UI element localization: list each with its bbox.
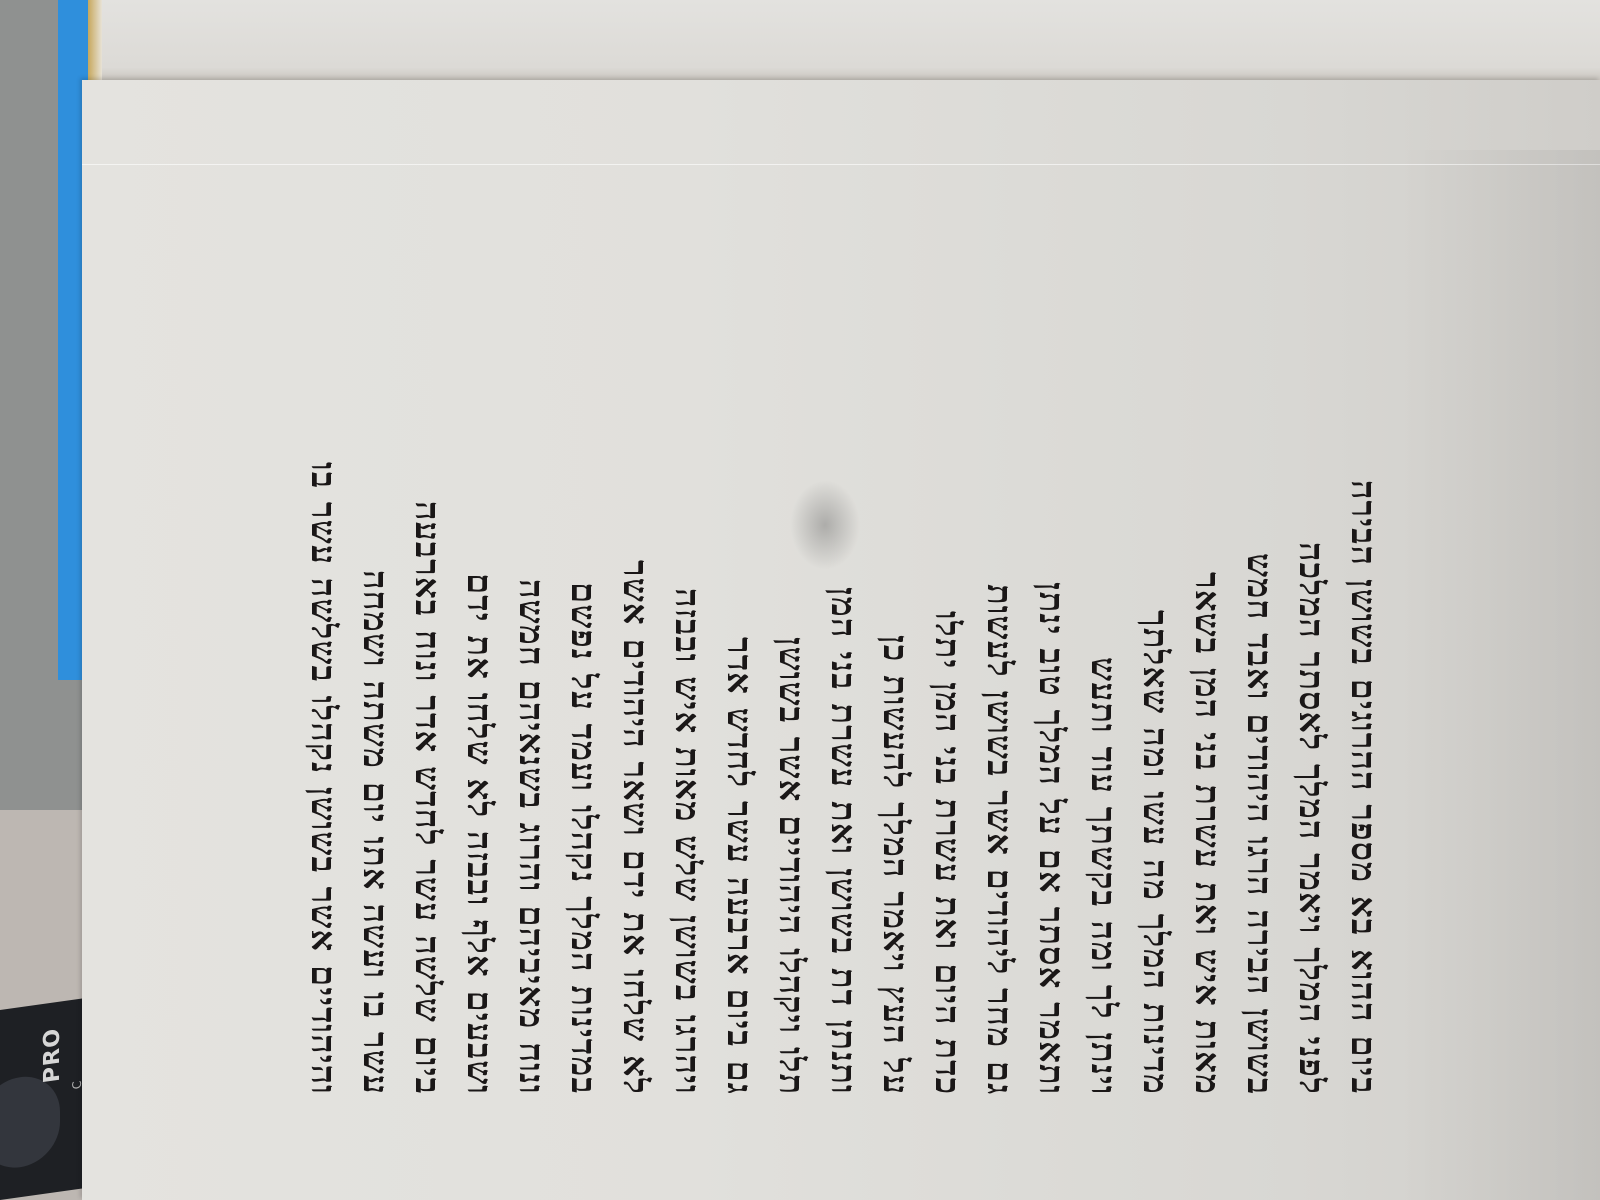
scroll-line: מאות איש ואת עשרת בני המן בשאר bbox=[1182, 145, 1232, 1095]
scroll-line: ותאמר אסתר אם על המלך טוב ינתן bbox=[1026, 145, 1076, 1095]
scroll-line: והיהודיים אשר בשושן נקהלו בשלשה עשר בו bbox=[298, 145, 348, 1095]
scroll-line: לפני המלך ויאמר המלך לאסתר המלכה bbox=[1286, 145, 1336, 1095]
scroll-line: ושבעים אלף ובבזה לא שלחו את ידם bbox=[454, 145, 504, 1095]
scroll-line: ביום שלשה עשר לחדש אדר ונוח בארבעה bbox=[402, 145, 452, 1095]
scroll-line: גם מחר ליהודים אשר בשושן לעשות bbox=[974, 145, 1024, 1095]
scroll-line: וינתן לך ומה בקשתך עוד ותעש bbox=[1078, 145, 1128, 1095]
scroll-line: מדינות המלך מה עשו ומה שאלתך bbox=[1130, 145, 1180, 1095]
scroll-line: כדת היום ואת עשרת בני המן יתלו bbox=[922, 145, 972, 1095]
lighting-shade bbox=[1400, 150, 1600, 1200]
card-logo-icon bbox=[0, 1072, 60, 1173]
scroll-line: ויהרגו בשושן שלש מאות איש ובבזה bbox=[662, 145, 712, 1095]
scroll-line: ביום ההוא בא מספר ההרוגים בשושן הבירה bbox=[1338, 145, 1388, 1095]
scroll-line: לא שלחו את ידם ושאר היהודים אשר bbox=[610, 145, 660, 1095]
scroll-line: תלו ויקהלו היהודיים אשר בשושן bbox=[766, 145, 816, 1095]
scroll-line: במדינות המלך נקהלו ועמד על נפשם bbox=[558, 145, 608, 1095]
ink-smudge bbox=[790, 480, 860, 570]
card-label: PRO bbox=[40, 1026, 65, 1084]
scroll-line: עשר בו ועשה אתו יום משתה ושמחה bbox=[350, 145, 400, 1095]
scroll-edge bbox=[88, 0, 102, 80]
scroll-line: בשושן הבירה הרגו היהודים ואבד חמש bbox=[1234, 145, 1284, 1095]
scroll-line: ונוח מאיביהם והרוג בשנאיהם חמשה bbox=[506, 145, 556, 1095]
scroll-line: ותנתן דת בשושן ואת עשרת בני המן bbox=[818, 145, 868, 1095]
scroll-line: גם ביום ארבעה עשר לחדש אדר bbox=[714, 145, 764, 1095]
scroll-text-column: ביום ההוא בא מספר ההרוגים בשושן הבירה לפ… bbox=[285, 145, 1400, 1095]
scroll-line: על העץ ויאמר המלך להעשות כן bbox=[870, 145, 920, 1095]
